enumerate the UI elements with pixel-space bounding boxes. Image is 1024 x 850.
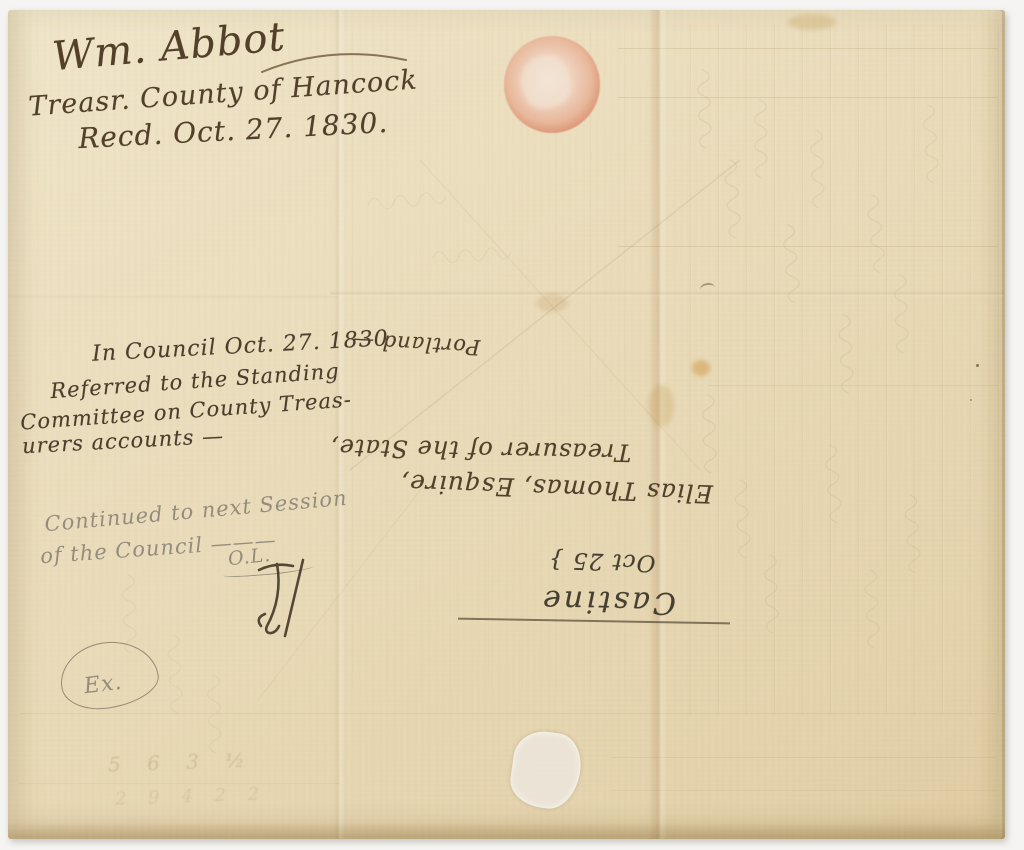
- exam-mark-label: Ex.: [83, 670, 124, 700]
- address-date-inverted: Oct 25 }: [548, 546, 656, 576]
- address-place-inverted: Castine: [540, 583, 677, 620]
- scanner-bed: { "scan": { "description": "Folded manus…: [0, 0, 1024, 850]
- ghost-numbers-row2: 2 9 4 2 2: [115, 783, 268, 809]
- bleedthrough-rule: [20, 713, 996, 714]
- bleedthrough-rule: [618, 97, 998, 98]
- bleedthrough-rule: [618, 246, 998, 247]
- ink-speck: [970, 399, 972, 401]
- stain: [648, 385, 674, 427]
- bleedthrough-rule: [708, 385, 998, 386]
- stain: [788, 14, 836, 30]
- ghost-numbers-row1: 5 6 3 ½: [108, 747, 255, 776]
- bleedthrough-rule: [18, 783, 340, 784]
- horizontal-crease: [330, 291, 1004, 297]
- bleedthrough-column-rules-right: [690, 25, 1002, 715]
- address-office-inverted: Treasurer of the State,: [330, 433, 632, 466]
- stain: [692, 360, 710, 376]
- docket-name: Wm. Abbot: [50, 14, 287, 80]
- stain: [536, 294, 568, 312]
- ink-speck: [976, 364, 979, 367]
- damage-patch: [507, 728, 585, 813]
- manuscript-page: Wm. Abbot Treasr. County of Hancock Recd…: [8, 10, 1005, 839]
- bleedthrough-rule: [612, 757, 996, 758]
- bleedthrough-rule: [618, 48, 998, 49]
- horizontal-crease-left: [8, 295, 338, 299]
- red-wafer-seal-icon: [504, 36, 600, 133]
- bleedthrough-rule: [612, 790, 996, 791]
- ink-paraph-flourish-icon: [243, 556, 313, 641]
- pencil-note-line1: Continued to next Session: [44, 486, 349, 536]
